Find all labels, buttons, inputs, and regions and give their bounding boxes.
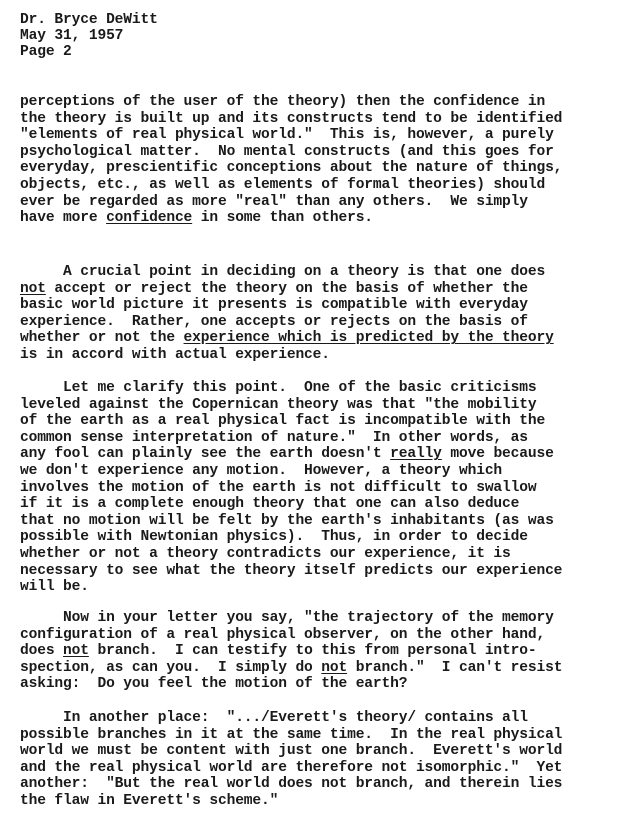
text-run: Now in your letter you say, "the traject… (20, 610, 554, 626)
text-run: common sense interpretation of nature." … (20, 430, 528, 446)
header-page-number: Page 2 (20, 44, 72, 60)
paragraph-4-line: spection, as can you. I simply do not br… (20, 660, 562, 676)
underlined-emphasis: experience which is predicted by the the… (184, 330, 554, 346)
underlined-emphasis: not (321, 660, 347, 676)
text-run: configuration of a real physical observe… (20, 627, 545, 643)
paragraph-2-line: A crucial point in deciding on a theory … (20, 264, 545, 280)
text-run: ever be regarded as more "real" than any… (20, 194, 528, 210)
paragraph-2-line: is in accord with actual experience. (20, 347, 330, 363)
text-run: if it is a complete enough theory that o… (20, 496, 519, 512)
text-run: experience. Rather, one accepts or rejec… (20, 314, 528, 330)
text-run: the flaw in Everett's scheme." (20, 793, 278, 809)
paragraph-3-line: Let me clarify this point. One of the ba… (20, 380, 536, 396)
text-run: branch. I can testify to this from perso… (89, 643, 537, 659)
paragraph-3-line: common sense interpretation of nature." … (20, 430, 528, 446)
text-run: have more (20, 210, 106, 226)
text-run: involves the motion of the earth is not … (20, 480, 536, 496)
text-run: accept or reject the theory on the basis… (46, 281, 528, 297)
paragraph-4-line: does not branch. I can testify to this f… (20, 643, 536, 659)
paragraph-3-line: that no motion will be felt by the earth… (20, 513, 554, 529)
text-run: necessary to see what the theory itself … (20, 563, 562, 579)
paragraph-3-line: leveled against the Copernican theory wa… (20, 397, 536, 413)
typewritten-letter-page: Dr. Bryce DeWitt May 31, 1957 Page 2 per… (0, 0, 624, 825)
text-run: psychological matter. No mental construc… (20, 144, 554, 160)
paragraph-5-line: In another place: ".../Everett's theory/… (20, 710, 528, 726)
text-run: does (20, 643, 63, 659)
paragraph-1-line: everyday, prescientific conceptions abou… (20, 160, 562, 176)
paragraph-3-line: involves the motion of the earth is not … (20, 480, 536, 496)
paragraph-1-line: the theory is built up and its construct… (20, 111, 562, 127)
paragraph-3-line: will be. (20, 579, 89, 595)
underlined-emphasis: confidence (106, 210, 192, 226)
text-run: world we must be content with just one b… (20, 743, 562, 759)
paragraph-2-line: not accept or reject the theory on the b… (20, 281, 528, 297)
text-run: will be. (20, 579, 89, 595)
text-run: objects, etc., as well as elements of fo… (20, 177, 545, 193)
text-run: "elements of real physical world." This … (20, 127, 554, 143)
paragraph-4-line: asking: Do you feel the motion of the ea… (20, 676, 407, 692)
text-run: move because (442, 446, 554, 462)
paragraph-1-line: objects, etc., as well as elements of fo… (20, 177, 545, 193)
paragraph-1-line: perceptions of the user of the theory) t… (20, 94, 545, 110)
paragraph-2-line: experience. Rather, one accepts or rejec… (20, 314, 528, 330)
text-run: basic world picture it presents is compa… (20, 297, 528, 313)
paragraph-3-line: we don't experience any motion. However,… (20, 463, 502, 479)
text-run: asking: Do you feel the motion of the ea… (20, 676, 407, 692)
text-run: A crucial point in deciding on a theory … (20, 264, 545, 280)
underlined-emphasis: not (20, 281, 46, 297)
text-run: and the real physical world are therefor… (20, 760, 562, 776)
text-run: everyday, prescientific conceptions abou… (20, 160, 562, 176)
text-run: In another place: ".../Everett's theory/… (20, 710, 528, 726)
text-run: possible branches in it at the same time… (20, 727, 562, 743)
paragraph-3-line: whether or not a theory contradicts our … (20, 546, 511, 562)
header-date: May 31, 1957 (20, 28, 123, 44)
text-run: whether or not a theory contradicts our … (20, 546, 511, 562)
paragraph-5-line: and the real physical world are therefor… (20, 760, 562, 776)
paragraph-5-line: world we must be content with just one b… (20, 743, 562, 759)
underlined-emphasis: not (63, 643, 89, 659)
paragraph-5-line: the flaw in Everett's scheme." (20, 793, 278, 809)
text-run: perceptions of the user of the theory) t… (20, 94, 545, 110)
text-run: any fool can plainly see the earth doesn… (20, 446, 390, 462)
paragraph-1-line: psychological matter. No mental construc… (20, 144, 554, 160)
paragraph-1-line: ever be regarded as more "real" than any… (20, 194, 528, 210)
text-run: the theory is built up and its construct… (20, 111, 562, 127)
paragraph-3-line: necessary to see what the theory itself … (20, 563, 562, 579)
paragraph-1-line: "elements of real physical world." This … (20, 127, 554, 143)
text-run: in some than others. (192, 210, 373, 226)
text-run: we don't experience any motion. However,… (20, 463, 502, 479)
text-run: spection, as can you. I simply do (20, 660, 321, 676)
header-recipient: Dr. Bryce DeWitt (20, 12, 158, 28)
paragraph-3-line: if it is a complete enough theory that o… (20, 496, 519, 512)
text-run: possible with Newtonian physics). Thus, … (20, 529, 528, 545)
text-run: is in accord with actual experience. (20, 347, 330, 363)
paragraph-4-line: Now in your letter you say, "the traject… (20, 610, 554, 626)
paragraph-3-line: possible with Newtonian physics). Thus, … (20, 529, 528, 545)
text-run: whether or not the (20, 330, 184, 346)
paragraph-3-line: of the earth as a real physical fact is … (20, 413, 545, 429)
underlined-emphasis: really (390, 446, 442, 462)
paragraph-4-line: configuration of a real physical observe… (20, 627, 545, 643)
text-run: leveled against the Copernican theory wa… (20, 397, 536, 413)
text-run: another: "But the real world does not br… (20, 776, 562, 792)
paragraph-5-line: possible branches in it at the same time… (20, 727, 562, 743)
paragraph-5-line: another: "But the real world does not br… (20, 776, 562, 792)
paragraph-2-line: basic world picture it presents is compa… (20, 297, 528, 313)
paragraph-3-line: any fool can plainly see the earth doesn… (20, 446, 554, 462)
text-run: that no motion will be felt by the earth… (20, 513, 554, 529)
text-run: branch." I can't resist (347, 660, 562, 676)
paragraph-1-line: have more confidence in some than others… (20, 210, 373, 226)
text-run: Let me clarify this point. One of the ba… (20, 380, 536, 396)
paragraph-2-line: whether or not the experience which is p… (20, 330, 554, 346)
text-run: of the earth as a real physical fact is … (20, 413, 545, 429)
